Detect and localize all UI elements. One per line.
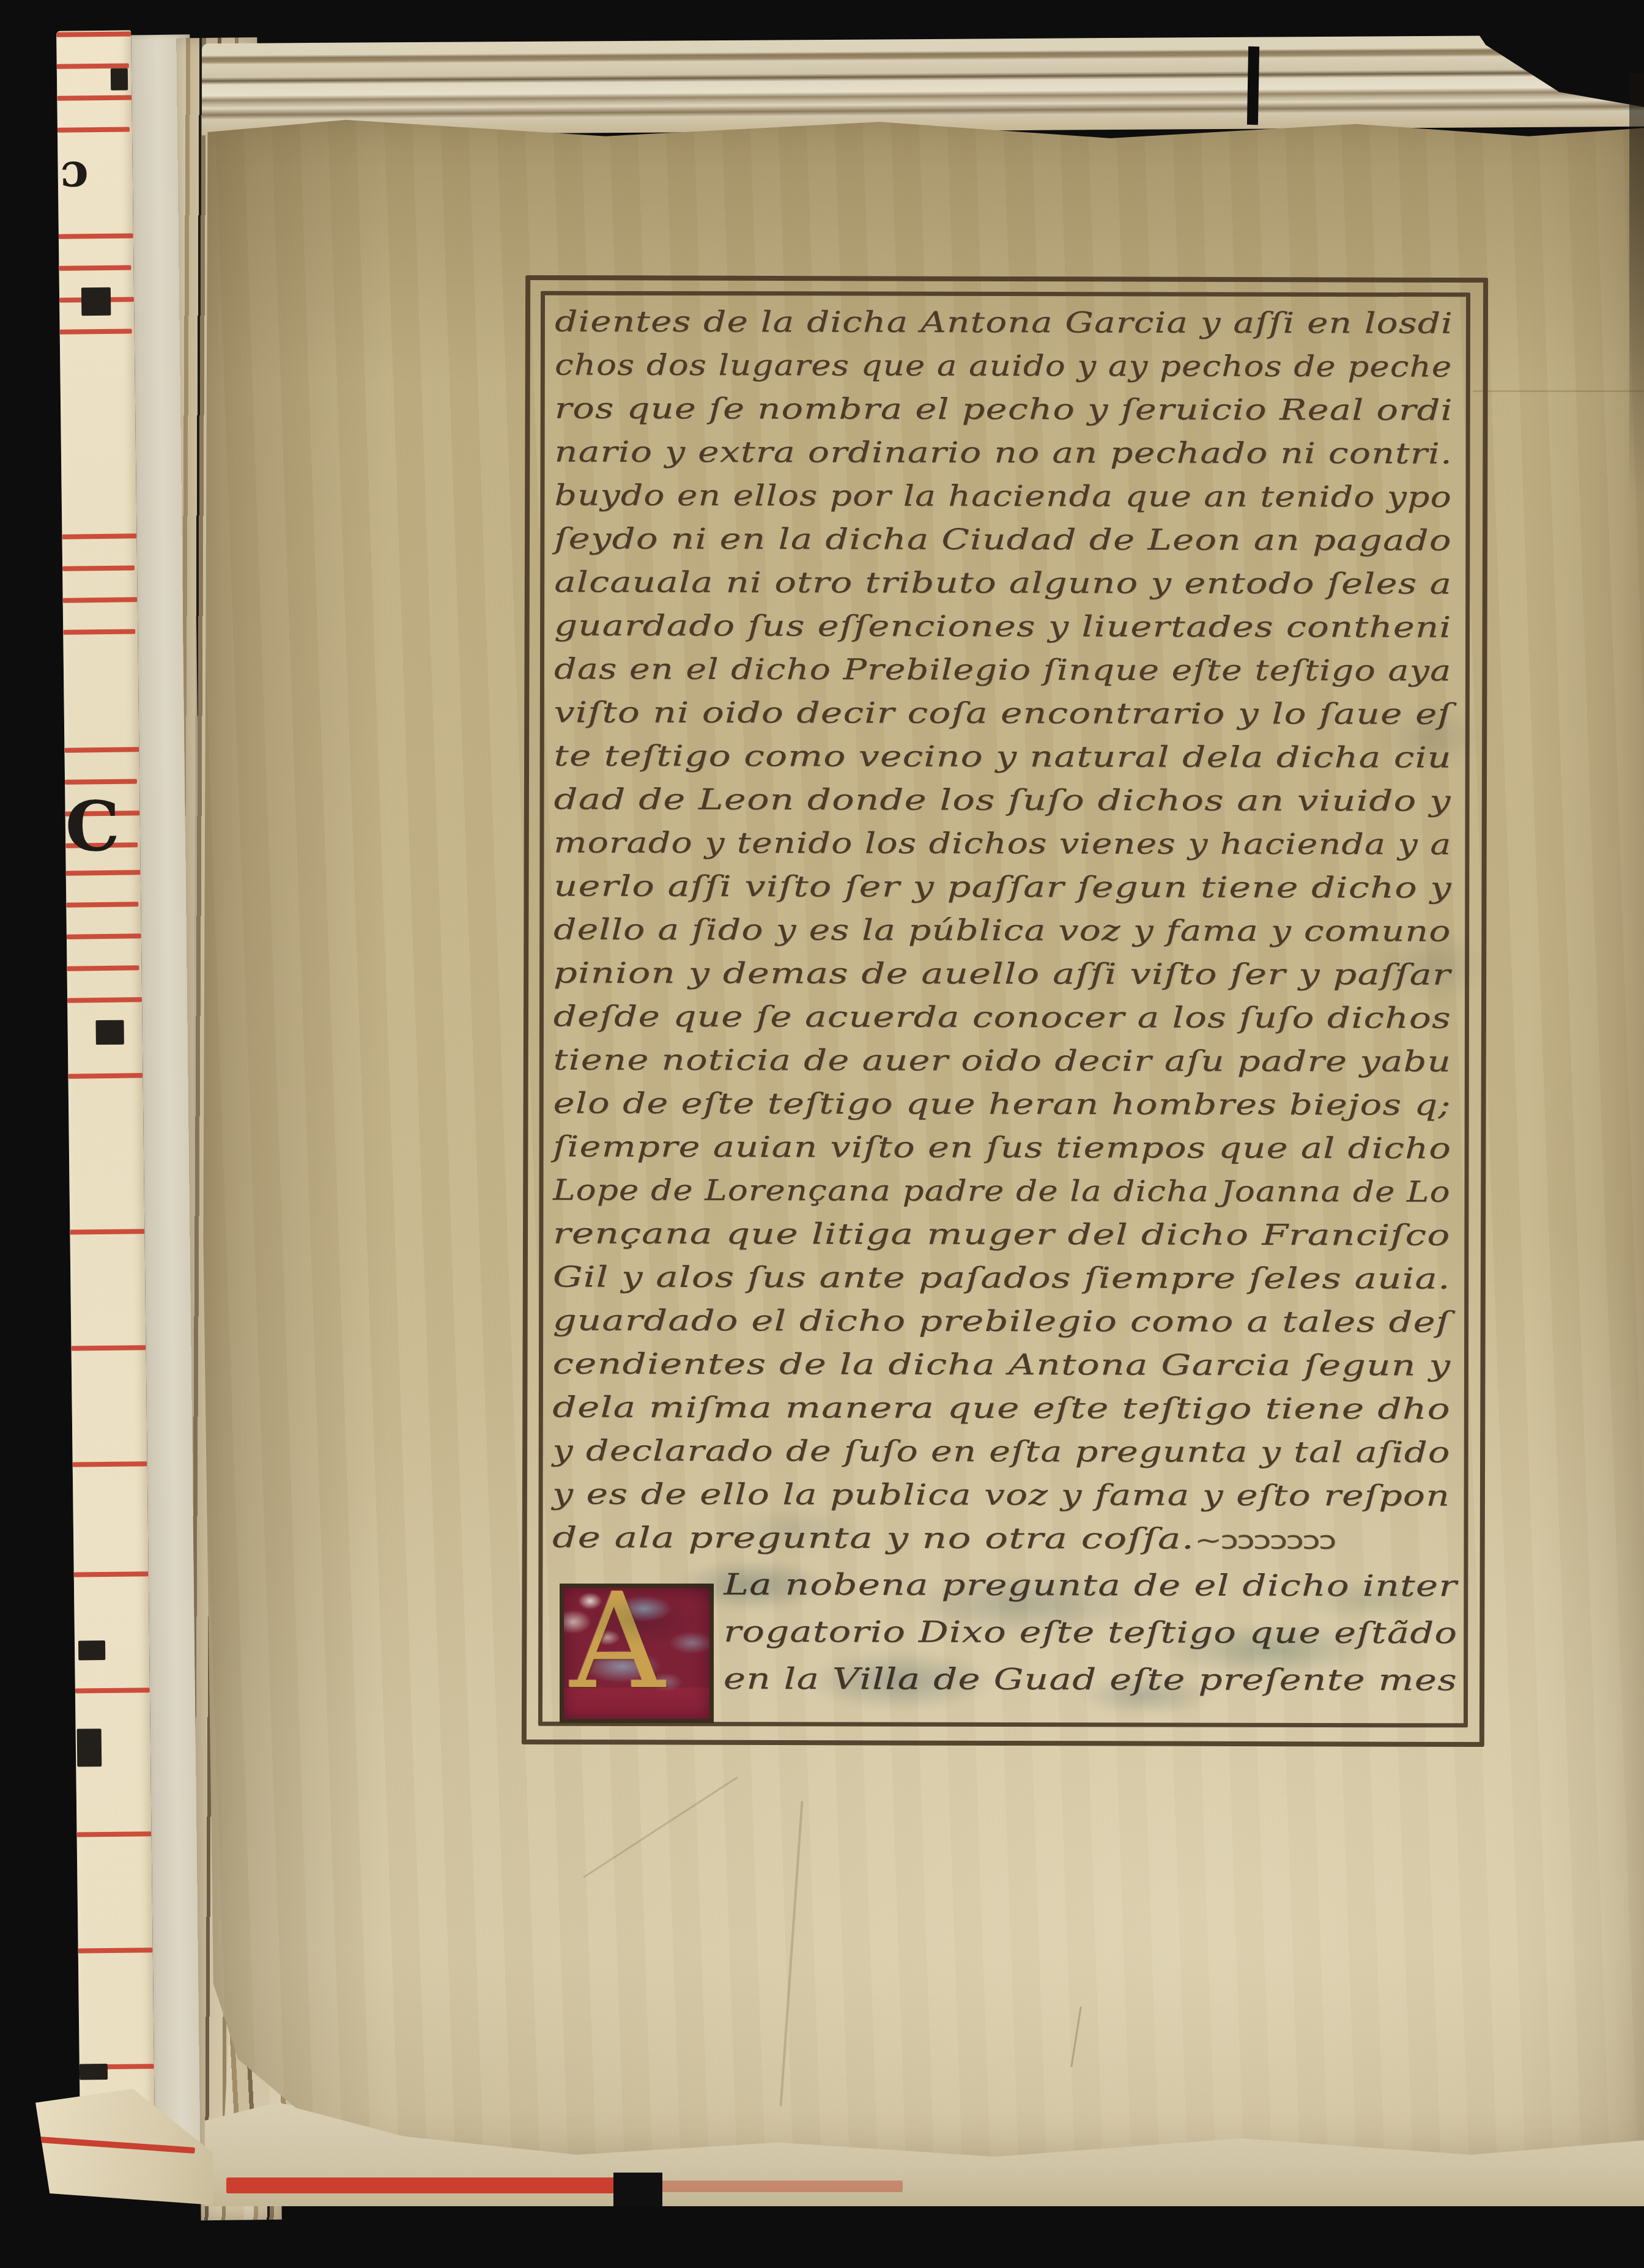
right-edge-shadow [1629,73,1644,502]
red-stave-line [78,1947,153,1953]
manuscript-line: das en el dicho Prebilegio ſinque eſte t… [554,652,1452,697]
manuscript-line: morado y tenido los dichos vienes y haci… [554,826,1451,871]
red-stave-line [60,328,132,334]
red-stave-line [77,1831,152,1837]
text-block-paragraph2: La nobena pregunta de el dicho interroga… [724,1568,1457,1711]
manuscript-line: Lope de Lorençana padre de la dicha Joan… [553,1173,1451,1218]
manuscript-line: Gil y alos ſus ante paſados ſiempre ſele… [553,1260,1451,1305]
red-stave-line [63,629,135,634]
red-stave-line [64,747,139,752]
red-stave-line [57,127,130,132]
square-note-icon [95,1020,124,1045]
illuminated-initial: A [560,1584,714,1723]
manuscript-line: dela miſma manera que eſte teſtigo tiene… [552,1390,1450,1436]
manuscript-line: chos dos lugares que a auido y ay pechos… [555,348,1453,393]
text-block: dientes de la dicha Antona Garcia y aſſi… [552,305,1453,1566]
manuscript-line: buydo en ellos por la hacienda que an te… [554,478,1452,524]
square-note-icon [80,2064,108,2080]
bottom-edge-gap [613,2173,662,2206]
clef-c-icon: C [65,793,120,862]
square-note-icon [78,1640,105,1660]
bottom-red-rule [226,2177,615,2193]
square-note-icon [111,68,128,90]
manuscript-line: La nobena pregunta de el dicho inter [724,1568,1457,1617]
top-page-edges [202,35,1644,135]
manuscript-line: y declarado de ſuſo en eſta pregunta y t… [552,1434,1450,1479]
manuscript-line: de ala pregunta y no otra coſſa.~ɔɔɔɔɔɔɔ [552,1521,1450,1566]
red-stave-line [74,1571,149,1577]
manuscript-line: dad de Leon donde los ſuſo dichos an viu… [554,782,1451,828]
manuscript-photo: ɔC dientes de la dicha Antona Garcia y a… [0,0,1644,2268]
red-stave-line [67,933,141,939]
manuscript-line: ſeydo ni en la dicha Ciudad de Leon an p… [554,522,1452,567]
crease-line [583,1777,738,1878]
red-stave-line [72,1345,146,1351]
manuscript-line: viſto ni oido decir coſa encontrario y l… [554,695,1452,741]
bottom-red-rule-faint [644,2181,903,2192]
red-stave-line [66,870,141,875]
manuscript-line: deſde que ſe acuerda conocer a los ſuſo … [554,999,1451,1045]
manuscript-line: dientes de la dicha Antona Garcia y aſſi… [555,305,1453,350]
cover-corner-red-rule [39,2137,195,2154]
manuscript-line: cendientes de la dicha Antona Garcia ſeg… [552,1347,1450,1392]
manuscript-line: uerlo aſſi viſto ſer y paſſar ſegun tien… [554,869,1451,914]
neume-note-icon: ɔ [60,147,89,194]
red-stave-line [67,965,139,971]
manuscript-line: pinion y demas de auello aſſi viſto ſer … [554,956,1451,1001]
red-stave-line [73,1461,147,1467]
page-gap-slit [1247,46,1259,125]
crease-line [780,1801,804,2106]
manuscript-line: ros que ſe nombra el pecho y ſeruicio Re… [555,391,1453,437]
manuscript-line: alcauala ni otro tributo alguno y entodo… [554,565,1452,610]
red-stave-line [75,1688,150,1693]
crease-line [1473,390,1644,392]
manuscript-line: guardado el dicho prebilegio como a tale… [553,1303,1451,1349]
red-stave-line [56,31,131,37]
drop-cap-letter: A [570,1576,665,1707]
manuscript-line: rogatorio Dixo eſte teſtigo que eſtãdo [724,1615,1457,1664]
manuscript-line: te teſtigo como vecino y natural dela di… [554,739,1452,784]
manuscript-line: en la Villa de Guad eſte preſente mes [724,1662,1457,1711]
manuscript-line: tiene noticia de auer oido decir aſu pad… [553,1043,1451,1088]
red-stave-line [62,565,135,571]
square-note-icon [77,1729,102,1766]
square-note-icon [81,287,111,316]
red-stave-line [59,265,131,270]
red-stave-line [68,1073,143,1078]
parchment-page: dientes de la dicha Antona Garcia y aſſi… [202,120,1644,2157]
manuscript-line: dello a ſido y es la pública voz y fama … [554,913,1451,958]
red-stave-line [62,533,136,539]
scratch-mark [1070,2006,1082,2067]
manuscript-line: guardado ſus eſſenciones y liuertades co… [554,609,1452,654]
manuscript-line: rençana que litiga muger del dicho Franc… [553,1217,1451,1262]
manuscript-line: ſiempre auian viſto en ſus tiempos que a… [553,1130,1451,1175]
red-stave-line [57,95,131,100]
manuscript-line: elo de eſte teſtigo que heran hombres bi… [553,1086,1451,1132]
red-stave-line [65,779,137,784]
red-stave-line [63,597,138,602]
red-stave-line [70,1229,144,1234]
red-stave-line [66,902,138,907]
manuscript-line: nario y extra ordinario no an pechado ni… [555,435,1453,480]
red-stave-line [67,997,142,1002]
red-stave-line [59,233,133,239]
line-end-flourish: ~ɔɔɔɔɔɔɔ [1194,1527,1335,1555]
manuscript-line: y es de ello la publica voz y fama y eſt… [552,1477,1450,1522]
